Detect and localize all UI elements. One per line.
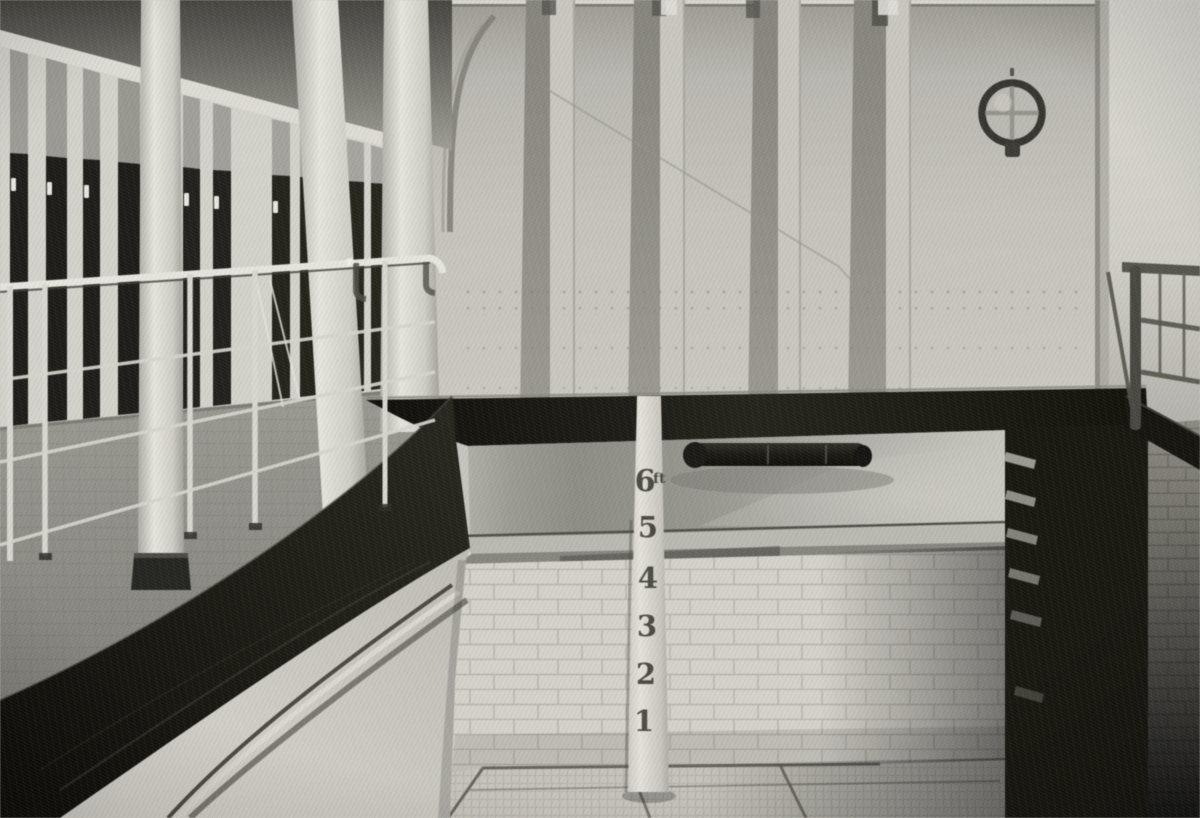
- photograph: 6 ft 5 4 3 2 1: [0, 0, 1200, 818]
- vignette: [0, 0, 1200, 818]
- photo-frame: 6 ft 5 4 3 2 1: [0, 0, 1200, 818]
